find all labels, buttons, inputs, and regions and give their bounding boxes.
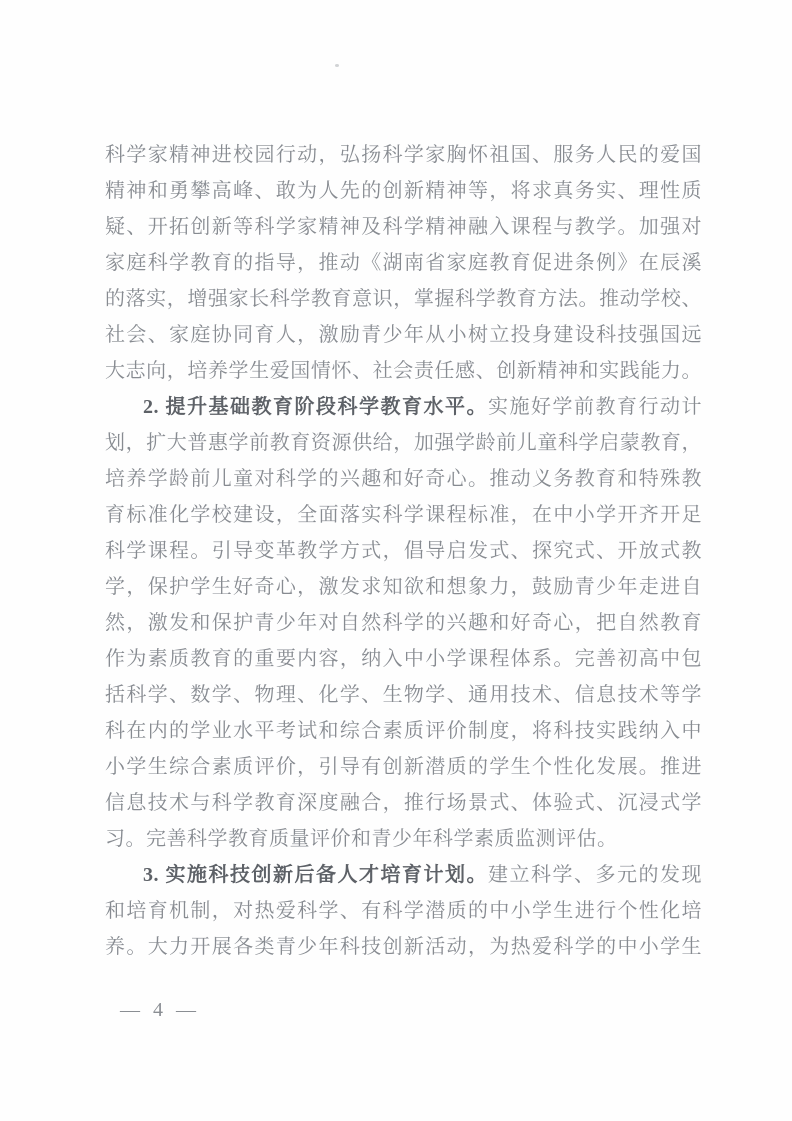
text-line: 划，扩大普惠学前教育资源供给，加强学龄前儿童科学启蒙教育，: [105, 425, 702, 461]
page-number: — 4 —: [120, 998, 200, 1022]
text-line: 然，激发和保护青少年对自然科学的兴趣和好奇心，把自然教育: [105, 605, 702, 641]
paragraph-3-first-line-rest: 建立科学、多元的发现: [488, 864, 702, 886]
document-body: 科学家精神进校园行动，弘扬科学家胸怀祖国、服务人民的爱国 精神和勇攀高峰、敢为人…: [105, 137, 702, 965]
text-line: 育标准化学校建设，全面落实科学课程标准，在中小学开齐开足: [105, 497, 702, 533]
text-line: 科在内的学业水平考试和综合素质评价制度，将科技实践纳入中: [105, 713, 702, 749]
text-line: 精神和勇攀高峰、敢为人先的创新精神等，将求真务实、理性质: [105, 173, 702, 209]
text-line: 科学家精神进校园行动，弘扬科学家胸怀祖国、服务人民的爱国: [105, 137, 702, 173]
text-line: 括科学、数学、物理、化学、生物学、通用技术、信息技术等学: [105, 677, 702, 713]
paragraph-1: 科学家精神进校园行动，弘扬科学家胸怀祖国、服务人民的爱国 精神和勇攀高峰、敢为人…: [105, 137, 702, 389]
paragraph-3: 3. 实施科技创新后备人才培育计划。建立科学、多元的发现 和培育机制，对热爱科学…: [105, 857, 702, 965]
paragraph-3-heading: 3. 实施科技创新后备人才培育计划。: [143, 864, 488, 886]
scan-artifact-dot: [335, 64, 339, 67]
text-line: 作为素质教育的重要内容，纳入中小学课程体系。完善初高中包: [105, 641, 702, 677]
text-line: 信息技术与科学教育深度融合，推行场景式、体验式、沉浸式学: [105, 785, 702, 821]
text-line: 培养学龄前儿童对科学的兴趣和好奇心。推动义务教育和特殊教: [105, 461, 702, 497]
paragraph-2-heading: 2. 提升基础教育阶段科学教育水平。: [143, 396, 488, 418]
text-line: 疑、开拓创新等科学家精神及科学精神融入课程与教学。加强对: [105, 209, 702, 245]
text-line: 的落实，增强家长科学教育意识，掌握科学教育方法。推动学校、: [105, 281, 702, 317]
text-line: 大志向，培养学生爱国情怀、社会责任感、创新精神和实践能力。: [105, 353, 702, 389]
text-line: 习。完善科学教育质量评价和青少年科学素质监测评估。: [105, 821, 702, 857]
paragraph-2: 2. 提升基础教育阶段科学教育水平。实施好学前教育行动计 划，扩大普惠学前教育资…: [105, 389, 702, 857]
text-line: 2. 提升基础教育阶段科学教育水平。实施好学前教育行动计: [105, 389, 702, 425]
text-line: 社会、家庭协同育人，激励青少年从小树立投身建设科技强国远: [105, 317, 702, 353]
text-line: 科学课程。引导变革教学方式，倡导启发式、探究式、开放式教: [105, 533, 702, 569]
text-line: 3. 实施科技创新后备人才培育计划。建立科学、多元的发现: [105, 857, 702, 893]
text-line: 学，保护学生好奇心，激发求知欲和想象力，鼓励青少年走进自: [105, 569, 702, 605]
text-line: 小学生综合素质评价，引导有创新潜质的学生个性化发展。推进: [105, 749, 702, 785]
text-line: 家庭科学教育的指导，推动《湖南省家庭教育促进条例》在辰溪: [105, 245, 702, 281]
text-line: 和培育机制，对热爱科学、有科学潜质的中小学生进行个性化培: [105, 893, 702, 929]
document-page: 科学家精神进校园行动，弘扬科学家胸怀祖国、服务人民的爱国 精神和勇攀高峰、敢为人…: [0, 0, 792, 1121]
paragraph-2-first-line-rest: 实施好学前教育行动计: [488, 396, 702, 418]
text-line: 养。大力开展各类青少年科技创新活动，为热爱科学的中小学生: [105, 929, 702, 965]
